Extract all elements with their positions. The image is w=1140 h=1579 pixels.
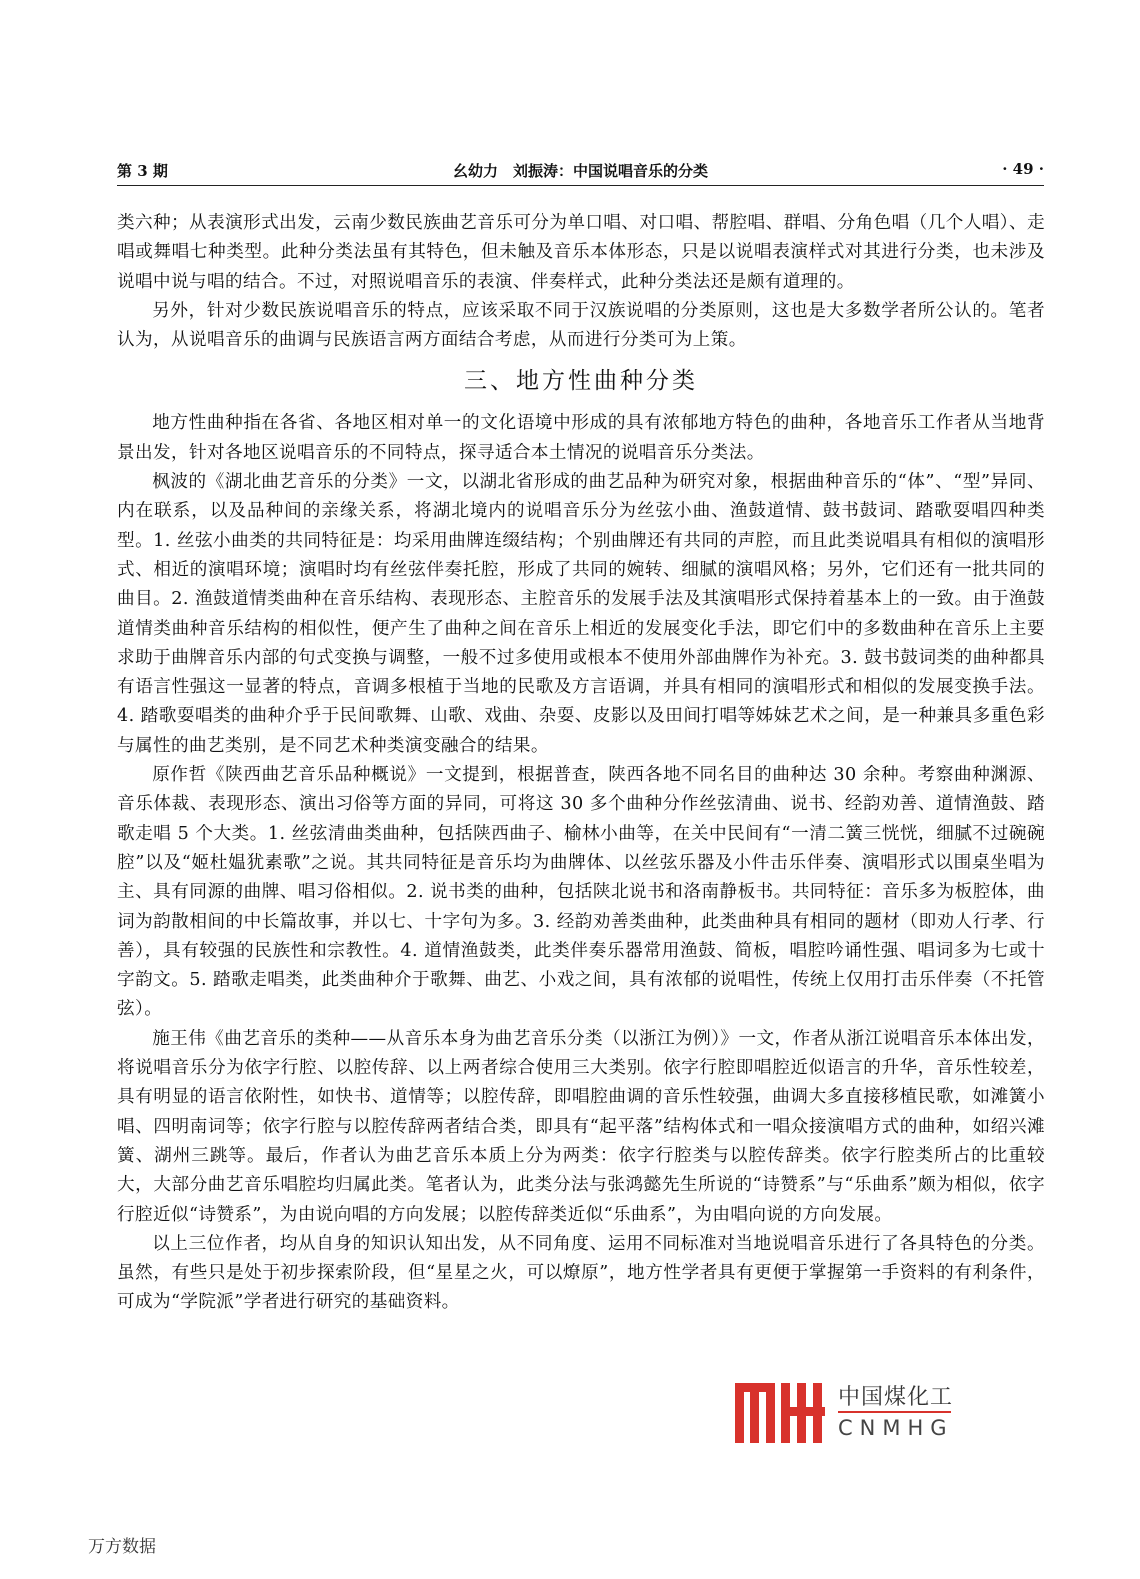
header-rule (117, 185, 1044, 186)
paragraph: 原作哲《陕西曲艺音乐品种概说》一文提到，根据普查，陕西各地不同名目的曲种达 30… (117, 761, 1045, 1025)
logo-divider (838, 1411, 951, 1413)
section-heading: 三、地方性曲种分类 (117, 363, 1045, 399)
paragraph: 枫波的《湖北曲艺音乐的分类》一文，以湖北省形成的曲艺品种为研究对象，根据曲种音乐… (117, 468, 1045, 761)
source-footer: 万方数据 (88, 1532, 156, 1557)
watermark-logo: 中国煤化工 CNMHG (735, 1378, 955, 1448)
paragraph: 类六种；从表演形式出发，云南少数民族曲艺音乐可分为单口唱、对口唱、帮腔唱、群唱、… (117, 209, 1045, 297)
running-header: 第 3 期 幺幼力 刘振涛：中国说唱音乐的分类 · 49 · (117, 160, 1044, 182)
cnmhg-logo-icon (735, 1383, 825, 1443)
paragraph: 地方性曲种指在各省、各地区相对单一的文化语境中形成的具有浓郁地方特色的曲种，各地… (117, 409, 1045, 468)
paper-page: 第 3 期 幺幼力 刘振涛：中国说唱音乐的分类 · 49 · 类六种；从表演形式… (0, 0, 1140, 1579)
page-number: · 49 · (1002, 160, 1044, 178)
paragraph: 施王伟《曲艺音乐的类种——从音乐本身为曲艺音乐分类（以浙江为例）》一文，作者从浙… (117, 1025, 1045, 1230)
running-title: 幺幼力 刘振涛：中国说唱音乐的分类 (117, 160, 1044, 181)
paragraph: 以上三位作者，均从自身的知识认知出发，从不同角度、运用不同标准对当地说唱音乐进行… (117, 1230, 1045, 1318)
article-body: 类六种；从表演形式出发，云南少数民族曲艺音乐可分为单口唱、对口唱、帮腔唱、群唱、… (117, 209, 1045, 1318)
logo-name-cn: 中国煤化工 (838, 1380, 953, 1411)
paragraph: 另外，针对少数民族说唱音乐的特点，应该采取不同于汉族说唱的分类原则，这也是大多数… (117, 297, 1045, 356)
logo-name-en: CNMHG (838, 1416, 954, 1440)
